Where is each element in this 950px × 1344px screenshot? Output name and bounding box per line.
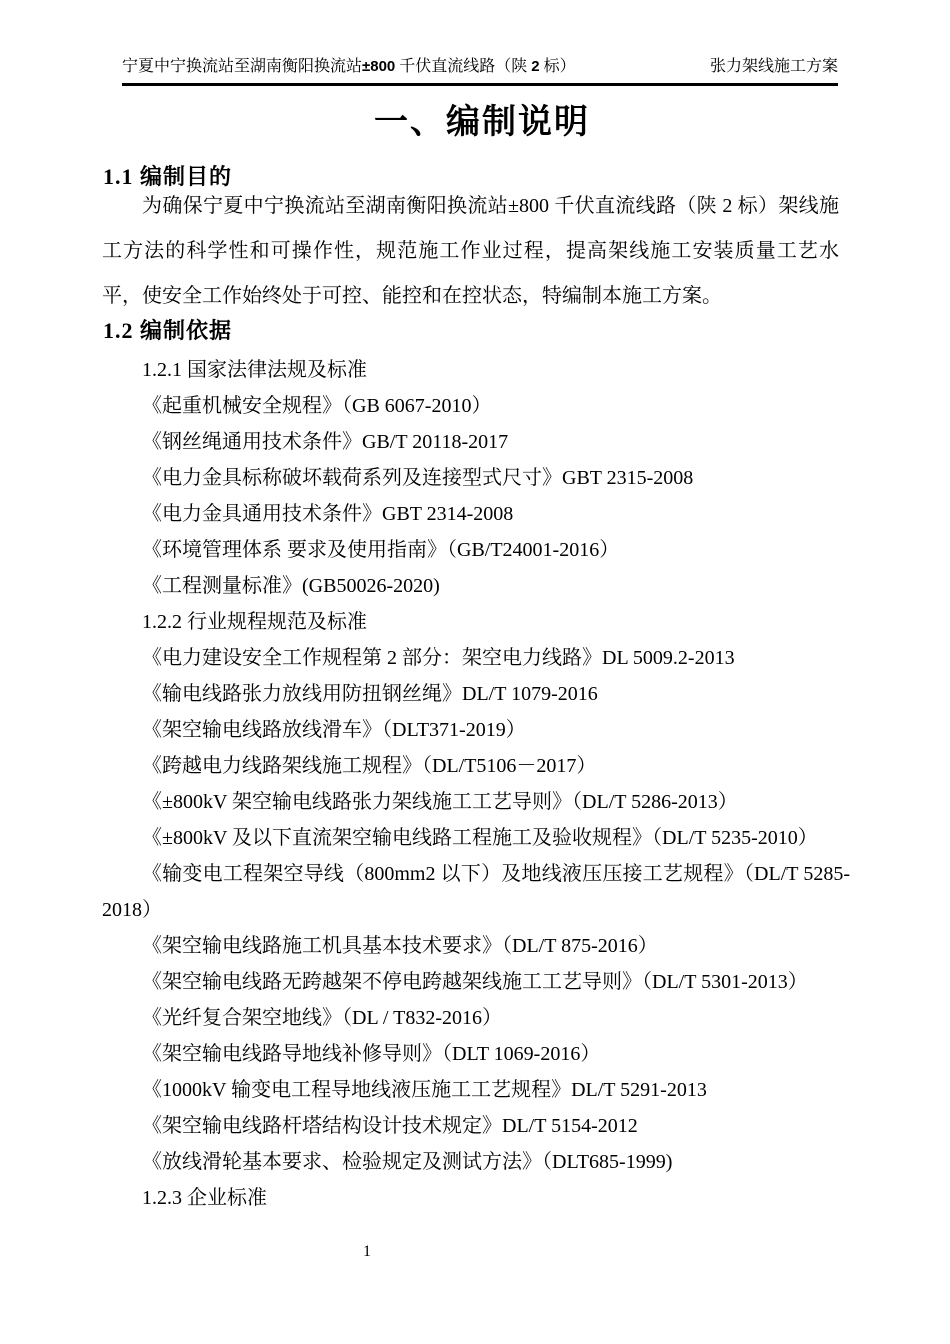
reference-item: 1.2.3 企业标准 (102, 1180, 850, 1216)
reference-item: 《跨越电力线路架线施工规程》（DL/T5106－2017） (102, 748, 850, 784)
reference-item: 《电力建设安全工作规程第 2 部分：架空电力线路》DL 5009.2-2013 (102, 640, 850, 676)
section-heading-basis: 1.2 编制依据 (103, 317, 232, 345)
reference-item: 《架空输电线路无跨越架不停电跨越架线施工工艺导则》（DL/T 5301-2013… (102, 964, 850, 1000)
header-left-project-name: 宁夏中宁换流站至湖南衡阳换流站 (122, 58, 362, 75)
header-left-line-text: 千伏直流线路（陕 (395, 58, 531, 75)
reference-item: 《输电线路张力放线用防扭钢丝绳》DL/T 1079-2016 (102, 676, 850, 712)
reference-item: 《工程测量标准》(GB50026-2020) (102, 568, 850, 604)
page-number: 1 (352, 1243, 382, 1261)
reference-item: 1.2.2 行业规程规范及标准 (102, 604, 850, 640)
reference-item: 《架空输电线路施工机具基本技术要求》（DL/T 875-2016） (102, 928, 850, 964)
reference-item: 《±800kV 及以下直流架空输电线路工程施工及验收规程》（DL/T 5235-… (102, 820, 850, 856)
reference-item: 《架空输电线路杆塔结构设计技术规定》DL/T 5154-2012 (102, 1108, 850, 1144)
header-left-voltage: ±800 (362, 58, 395, 75)
reference-item: 《±800kV 架空输电线路张力架线施工工艺导则》（DL/T 5286-2013… (102, 784, 850, 820)
reference-item: 《1000kV 输变电工程导地线液压施工工艺规程》DL/T 5291-2013 (102, 1072, 850, 1108)
purpose-paragraph: 为确保宁夏中宁换流站至湖南衡阳换流站±800 千伏直流线路（陕 2 标）架线施工… (102, 184, 839, 319)
chapter-title: 一、编制说明 (102, 99, 862, 145)
header-left-lot-number: 2 (531, 58, 539, 75)
reference-list: 1.2.1 国家法律法规及标准《起重机械安全规程》（GB 6067-2010）《… (102, 352, 850, 1216)
reference-item: 《放线滑轮基本要求、检验规定及测试方法》（DLT685-1999) (102, 1144, 850, 1180)
header-left-text: 宁夏中宁换流站至湖南衡阳换流站±800 千伏直流线路（陕 2 标） (122, 55, 576, 79)
page-header: 宁夏中宁换流站至湖南衡阳换流站±800 千伏直流线路（陕 2 标） 张力架线施工… (122, 55, 838, 86)
reference-item: 《电力金具通用技术条件》GBT 2314-2008 (102, 496, 850, 532)
reference-item: 1.2.1 国家法律法规及标准 (102, 352, 850, 388)
reference-item: 《架空输电线路放线滑车》（DLT371-2019） (102, 712, 850, 748)
reference-item: 《起重机械安全规程》（GB 6067-2010） (102, 388, 850, 424)
reference-item: 《输变电工程架空导线（800mm2 以下）及地线液压压接工艺规程》（DL/T 5… (102, 856, 850, 928)
header-left-lot-suffix: 标） (540, 58, 576, 75)
reference-item: 《环境管理体系 要求及使用指南》（GB/T24001-2016） (102, 532, 850, 568)
reference-item: 《电力金具标称破坏载荷系列及连接型式尺寸》GBT 2315-2008 (102, 460, 850, 496)
reference-item: 《架空输电线路导地线补修导则》（DLT 1069-2016） (102, 1036, 850, 1072)
header-right-text: 张力架线施工方案 (710, 55, 838, 79)
reference-item: 《钢丝绳通用技术条件》GB/T 20118-2017 (102, 424, 850, 460)
reference-item: 《光纤复合架空地线》（DL / T832-2016） (102, 1000, 850, 1036)
document-page: 宁夏中宁换流站至湖南衡阳换流站±800 千伏直流线路（陕 2 标） 张力架线施工… (0, 0, 950, 1344)
